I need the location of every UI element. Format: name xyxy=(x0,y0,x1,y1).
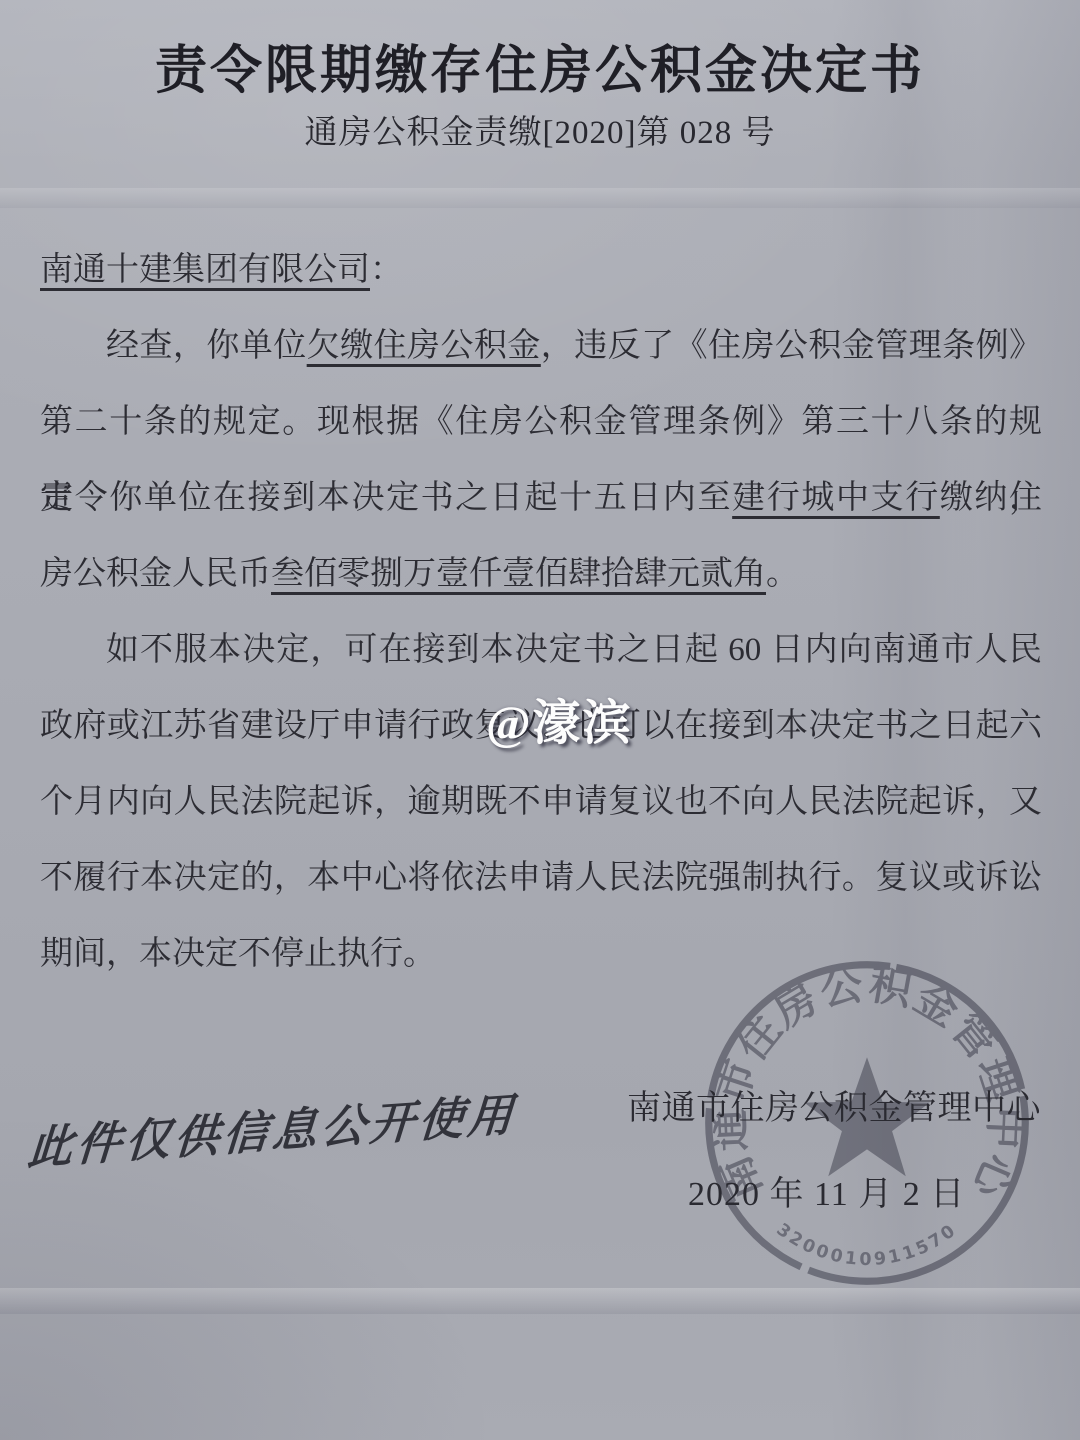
body-line: 经查，你单位欠缴住房公积金，违反了《住房公积金管理条例》 xyxy=(40,308,1042,384)
document-photo: 责令限期缴存住房公积金决定书 通房公积金责缴[2020]第 028 号 南通十建… xyxy=(0,0,1080,1440)
signature-date: 2020 年 11 月 2 日 xyxy=(688,1166,965,1215)
seal-serial-number: 3200010911570 xyxy=(773,1220,962,1270)
body-text-segment: ，违反了《住房公积金管理条例》 xyxy=(541,328,1042,364)
body-text-segment: 缴纳住 xyxy=(940,480,1042,516)
body-text-segment: 个月内向人民法院起诉，逾期既不申请复议也不向人民法院起诉，又 xyxy=(40,784,1042,820)
body-line: 不履行本决定的，本中心将依法申请人民法院强制执行。复议或诉讼 xyxy=(40,840,1042,916)
underlined-text: 欠缴住房公积金 xyxy=(307,328,541,364)
paper-crease-bottom xyxy=(0,1288,1080,1314)
handwritten-note: 此件仅供信息公开使用 xyxy=(26,1078,519,1178)
body-text-segment: 不履行本决定的，本中心将依法申请人民法院强制执行。复议或诉讼 xyxy=(40,860,1042,896)
body-text-segment: 如不服本决定，可在接到本决定书之日起 60 日内向南通市人民 xyxy=(106,632,1042,668)
addressee-name: 南通十建集团有限公司 xyxy=(40,252,370,288)
document-number: 通房公积金责缴[2020]第 028 号 xyxy=(0,106,1080,153)
signature-organization: 南通市住房公积金管理中心 xyxy=(627,1080,1041,1129)
body-line: 如不服本决定，可在接到本决定书之日起 60 日内向南通市人民 xyxy=(40,612,1042,688)
body-text-segment: 房公积金人民币 xyxy=(40,556,271,592)
underlined-text: 建行城中支行 xyxy=(732,480,940,516)
watermark-text: @濠滨 xyxy=(486,684,633,753)
paper-crease-top xyxy=(0,188,1080,208)
document-body: 南通十建集团有限公司： 经查，你单位欠缴住房公积金，违反了《住房公积金管理条例》… xyxy=(40,232,1042,992)
body-line: 责令你单位在接到本决定书之日起十五日内至建行城中支行缴纳住 xyxy=(40,460,1042,536)
body-text-segment: 责令你单位在接到本决定书之日起十五日内至 xyxy=(40,480,732,516)
body-text-segment: 经查，你单位 xyxy=(106,328,307,364)
underlined-text: 叁佰零捌万壹仟壹佰肆拾肆元贰角 xyxy=(271,556,766,592)
body-text-segment: 。 xyxy=(766,556,799,592)
document-title: 责令限期缴存住房公积金决定书 xyxy=(0,28,1080,103)
body-line: 第二十条的规定。现根据《住房公积金管理条例》第三十八条的规定， xyxy=(40,384,1042,460)
body-line: 个月内向人民法院起诉，逾期既不申请复议也不向人民法院起诉，又 xyxy=(40,764,1042,840)
body-text-segment: 期间，本决定不停止执行。 xyxy=(40,936,436,972)
addressee-colon: ： xyxy=(370,252,403,288)
body-line: 房公积金人民币叁佰零捌万壹仟壹佰肆拾肆元贰角。 xyxy=(40,536,1042,612)
addressee-line: 南通十建集团有限公司： xyxy=(40,232,1042,308)
